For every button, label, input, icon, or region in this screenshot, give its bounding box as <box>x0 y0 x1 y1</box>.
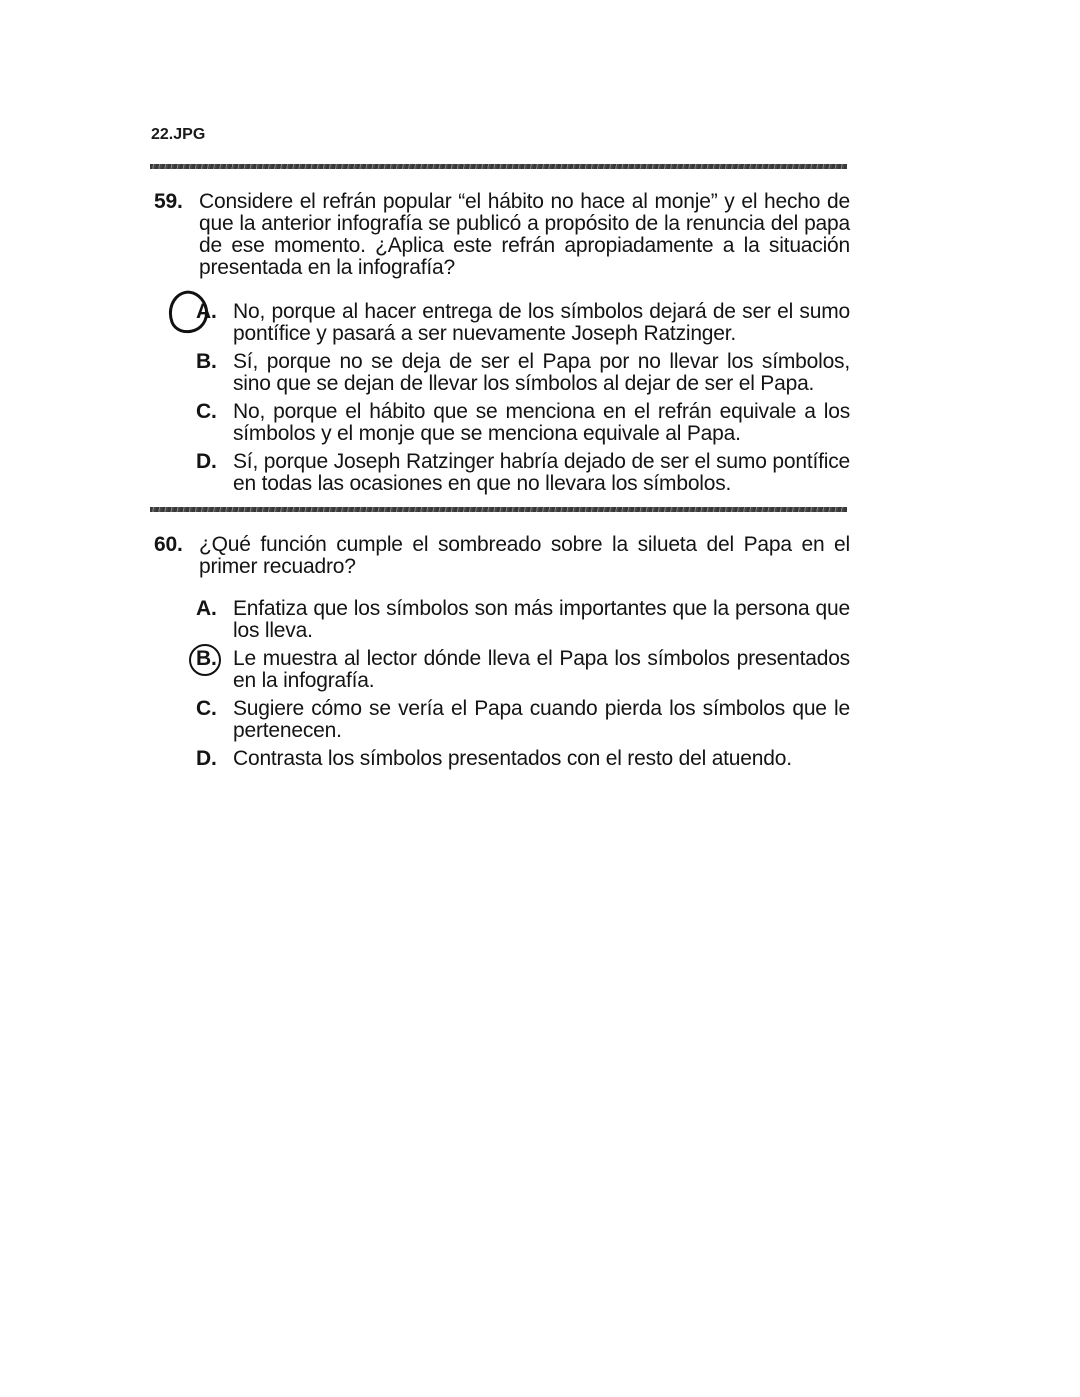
option-b[interactable]: B. Sí, porque no se deja de ser el Papa … <box>150 351 850 395</box>
option-letter: D. <box>196 748 217 770</box>
option-text: Enfatiza que los símbolos son más import… <box>233 597 850 642</box>
option-text: Contrasta los símbolos presentados con e… <box>233 747 792 770</box>
scanned-exam-page: 59. Considere el refrán popular “el hábi… <box>150 160 850 772</box>
answer-options: A. No, porque al hacer entrega de los sí… <box>150 301 850 495</box>
option-letter-circled: A. <box>196 301 217 323</box>
option-text: Le muestra al lector dónde lleva el Papa… <box>233 647 850 692</box>
question-60: 60. ¿Qué función cumple el sombreado sob… <box>150 534 850 770</box>
option-c[interactable]: C. Sugiere cómo se vería el Papa cuando … <box>150 698 850 742</box>
option-text: Sugiere cómo se vería el Papa cuando pie… <box>233 697 850 742</box>
question-stem: 60. ¿Qué función cumple el sombreado sob… <box>150 534 850 578</box>
question-stem: 59. Considere el refrán popular “el hábi… <box>150 191 850 279</box>
option-text: Sí, porque Joseph Ratzinger habría dejad… <box>233 450 850 495</box>
question-59: 59. Considere el refrán popular “el hábi… <box>150 191 850 495</box>
question-text: ¿Qué función cumple el sombreado sobre l… <box>199 533 850 578</box>
section-divider <box>150 507 847 512</box>
option-d[interactable]: D. Sí, porque Joseph Ratzinger habría de… <box>150 451 850 495</box>
image-filename-label: 22.JPG <box>151 126 205 144</box>
question-number: 60. <box>154 534 183 556</box>
option-letter: B. <box>196 351 217 373</box>
option-letter: D. <box>196 451 217 473</box>
option-d[interactable]: D. Contrasta los símbolos presentados co… <box>150 748 850 770</box>
option-letter-circled: B. <box>196 648 217 670</box>
question-number: 59. <box>154 191 183 213</box>
option-letter: C. <box>196 698 217 720</box>
section-divider <box>150 164 847 169</box>
question-text: Considere el refrán popular “el hábito n… <box>199 190 850 279</box>
option-text: Sí, porque no se deja de ser el Papa por… <box>233 350 850 395</box>
answer-options: A. Enfatiza que los símbolos son más imp… <box>150 598 850 770</box>
option-letter: A. <box>196 598 217 620</box>
option-c[interactable]: C. No, porque el hábito que se menciona … <box>150 401 850 445</box>
option-text: No, porque al hacer entrega de los símbo… <box>233 300 850 345</box>
option-text: No, porque el hábito que se menciona en … <box>233 400 850 445</box>
option-b[interactable]: B. Le muestra al lector dónde lleva el P… <box>150 648 850 692</box>
option-a[interactable]: A. Enfatiza que los símbolos son más imp… <box>150 598 850 642</box>
option-a[interactable]: A. No, porque al hacer entrega de los sí… <box>150 301 850 345</box>
option-letter: C. <box>196 401 217 423</box>
